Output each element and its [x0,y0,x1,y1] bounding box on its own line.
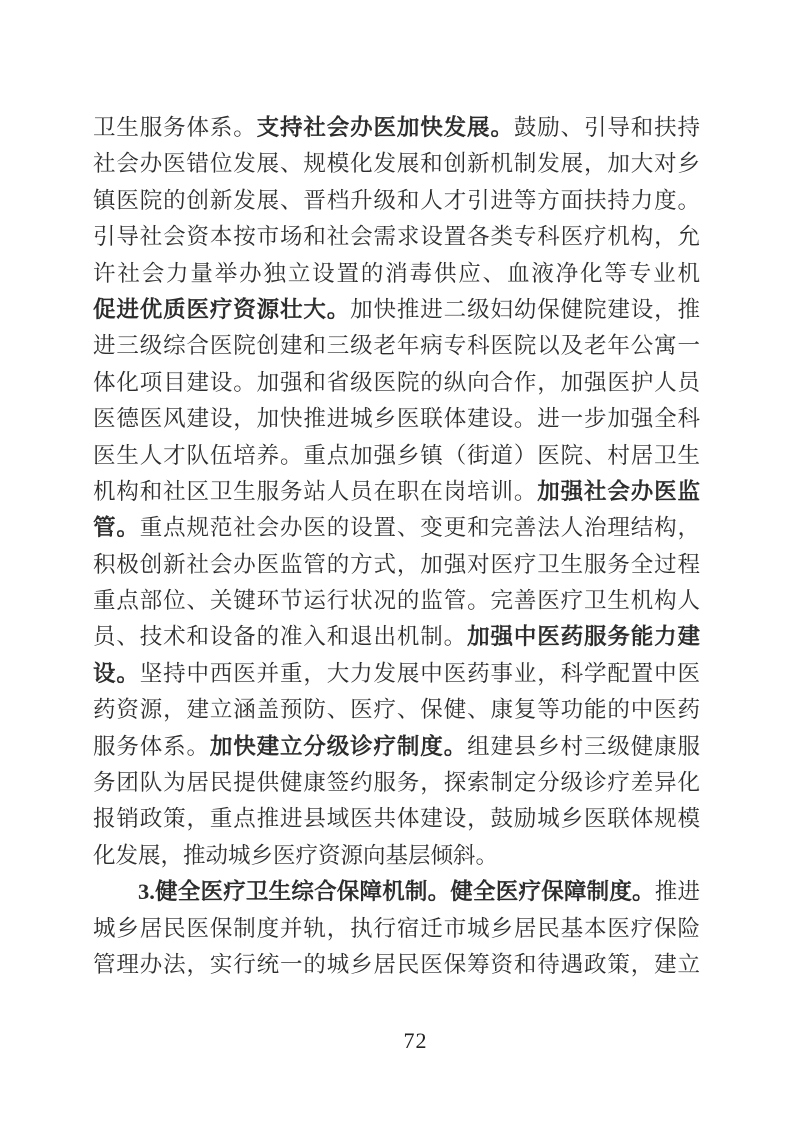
page-footer: 72 [112,1028,719,1054]
body-text: 化发展，推动城乡医疗资源向基层倾斜。 [93,843,498,868]
text-line: 设。坚持中西医并重，大力发展中医药事业，科学配置中医 [93,656,700,692]
text-line: 报销政策，重点推进县域医共体建设，鼓励城乡医联体规模 [93,801,700,837]
emphasis-text: 加强中医药服务能力建 [467,624,700,649]
text-line: 药资源，建立涵盖预防、医疗、保健、康复等功能的中医药 [93,692,700,728]
text-line: 员、技术和设备的准入和退出机制。加强中医药服务能力建 [93,619,700,655]
text-line: 管理办法，实行统一的城乡居民医保筹资和待遇政策，建立 [93,947,700,983]
body-text: 药资源，建立涵盖预防、医疗、保健、康复等功能的中医药 [93,697,700,722]
body-text: 重点规范社会办医的设置、变更和完善法人治理结构， [140,515,700,540]
body-text: 体化项目建设。加强和省级医院的纵向合作，加强医护人员 [93,370,700,395]
emphasis-text: 设。 [93,661,140,686]
text-line: 服务体系。加快建立分级诊疗制度。组建县乡村三级健康服 [93,729,700,765]
body-text: 许社会力量举办独立设置的消毒供应、血液净化等专业机构。 [93,261,700,292]
text-line: 卫生服务体系。支持社会办医加快发展。鼓励、引导和扶持 [93,110,700,146]
body-text: 员、技术和设备的准入和退出机制。 [93,624,467,649]
body-text: 机构和社区卫生服务站人员在职在岗培训。 [93,479,537,504]
body-text: 积极创新社会办医监管的方式，加强对医疗卫生服务全过程 [93,552,700,577]
body-text: 服务体系。 [93,734,210,759]
document-body: 卫生服务体系。支持社会办医加快发展。鼓励、引导和扶持社会办医错位发展、规模化发展… [93,110,700,983]
body-text: 进三级综合医院创建和三级老年病专科医院以及老年公寓一 [93,333,700,358]
text-line: 管。重点规范社会办医的设置、变更和完善法人治理结构， [93,510,700,546]
body-text: 医德医风建设，加快推进城乡医联体建设。进一步加强全科 [93,406,700,431]
text-line: 务团队为居民提供健康签约服务，探索制定分级诊疗差异化 [93,765,700,801]
emphasis-text: 管。 [93,515,140,540]
text-line: 许社会力量举办独立设置的消毒供应、血液净化等专业机构。 [93,256,700,292]
body-text: 社会办医错位发展、规模化发展和创新机制发展，加大对乡 [93,151,700,176]
body-text: 医生人才队伍培养。重点加强乡镇（街道）医院、村居卫生 [93,443,700,468]
page-number: 72 [404,1028,428,1053]
text-line: 化发展，推动城乡医疗资源向基层倾斜。 [93,838,700,874]
body-text: 务团队为居民提供健康签约服务，探索制定分级诊疗差异化 [93,770,700,795]
emphasis-text: 促进优质医疗资源壮大。 [93,297,350,322]
body-text: 管理办法，实行统一的城乡居民医保筹资和待遇政策，建立 [93,952,700,977]
emphasis-text: 3.健全医疗卫生综合保障机制。健全医疗保障制度。 [138,879,655,904]
text-line: 体化项目建设。加强和省级医院的纵向合作，加强医护人员 [93,365,700,401]
text-line: 进三级综合医院创建和三级老年病专科医院以及老年公寓一 [93,328,700,364]
text-line: 医生人才队伍培养。重点加强乡镇（街道）医院、村居卫生 [93,438,700,474]
body-text: 鼓励、引导和扶持 [514,115,700,140]
body-text: 城乡居民医保制度并轨，执行宿迁市城乡居民基本医疗保险 [93,916,700,941]
text-line: 重点部位、关键环节运行状况的监管。完善医疗卫生机构人 [93,583,700,619]
body-text: 推进 [655,879,700,904]
emphasis-text: 支持社会办医加快发展。 [257,115,514,140]
emphasis-text: 加强社会办医监 [537,479,700,504]
text-line: 医德医风建设，加快推进城乡医联体建设。进一步加强全科 [93,401,700,437]
body-text: 坚持中西医并重，大力发展中医药事业，科学配置中医 [140,661,700,686]
body-text: 加快推进二级妇幼保健院建设，推 [350,297,700,322]
text-line: 促进优质医疗资源壮大。加快推进二级妇幼保健院建设，推 [93,292,700,328]
text-line: 城乡居民医保制度并轨，执行宿迁市城乡居民基本医疗保险 [93,911,700,947]
body-text: 报销政策，重点推进县域医共体建设，鼓励城乡医联体规模 [93,806,700,831]
body-text: 重点部位、关键环节运行状况的监管。完善医疗卫生机构人 [93,588,700,613]
emphasis-text: 加快建立分级诊疗制度。 [210,734,467,759]
text-line: 镇医院的创新发展、晋档升级和人才引进等方面扶持力度。 [93,183,700,219]
body-text: 引导社会资本按市场和社会需求设置各类专科医疗机构，允 [93,224,700,249]
text-line: 社会办医错位发展、规模化发展和创新机制发展，加大对乡 [93,146,700,182]
body-text: 镇医院的创新发展、晋档升级和人才引进等方面扶持力度。 [93,188,700,213]
text-line: 机构和社区卫生服务站人员在职在岗培训。加强社会办医监 [93,474,700,510]
document-page: 卫生服务体系。支持社会办医加快发展。鼓励、引导和扶持社会办医错位发展、规模化发展… [0,0,793,1122]
body-text: 组建县乡村三级健康服 [467,734,700,759]
text-line: 3.健全医疗卫生综合保障机制。健全医疗保障制度。推进 [93,874,700,910]
text-line: 积极创新社会办医监管的方式，加强对医疗卫生服务全过程 [93,547,700,583]
body-text: 卫生服务体系。 [93,115,257,140]
text-line: 引导社会资本按市场和社会需求设置各类专科医疗机构，允 [93,219,700,255]
